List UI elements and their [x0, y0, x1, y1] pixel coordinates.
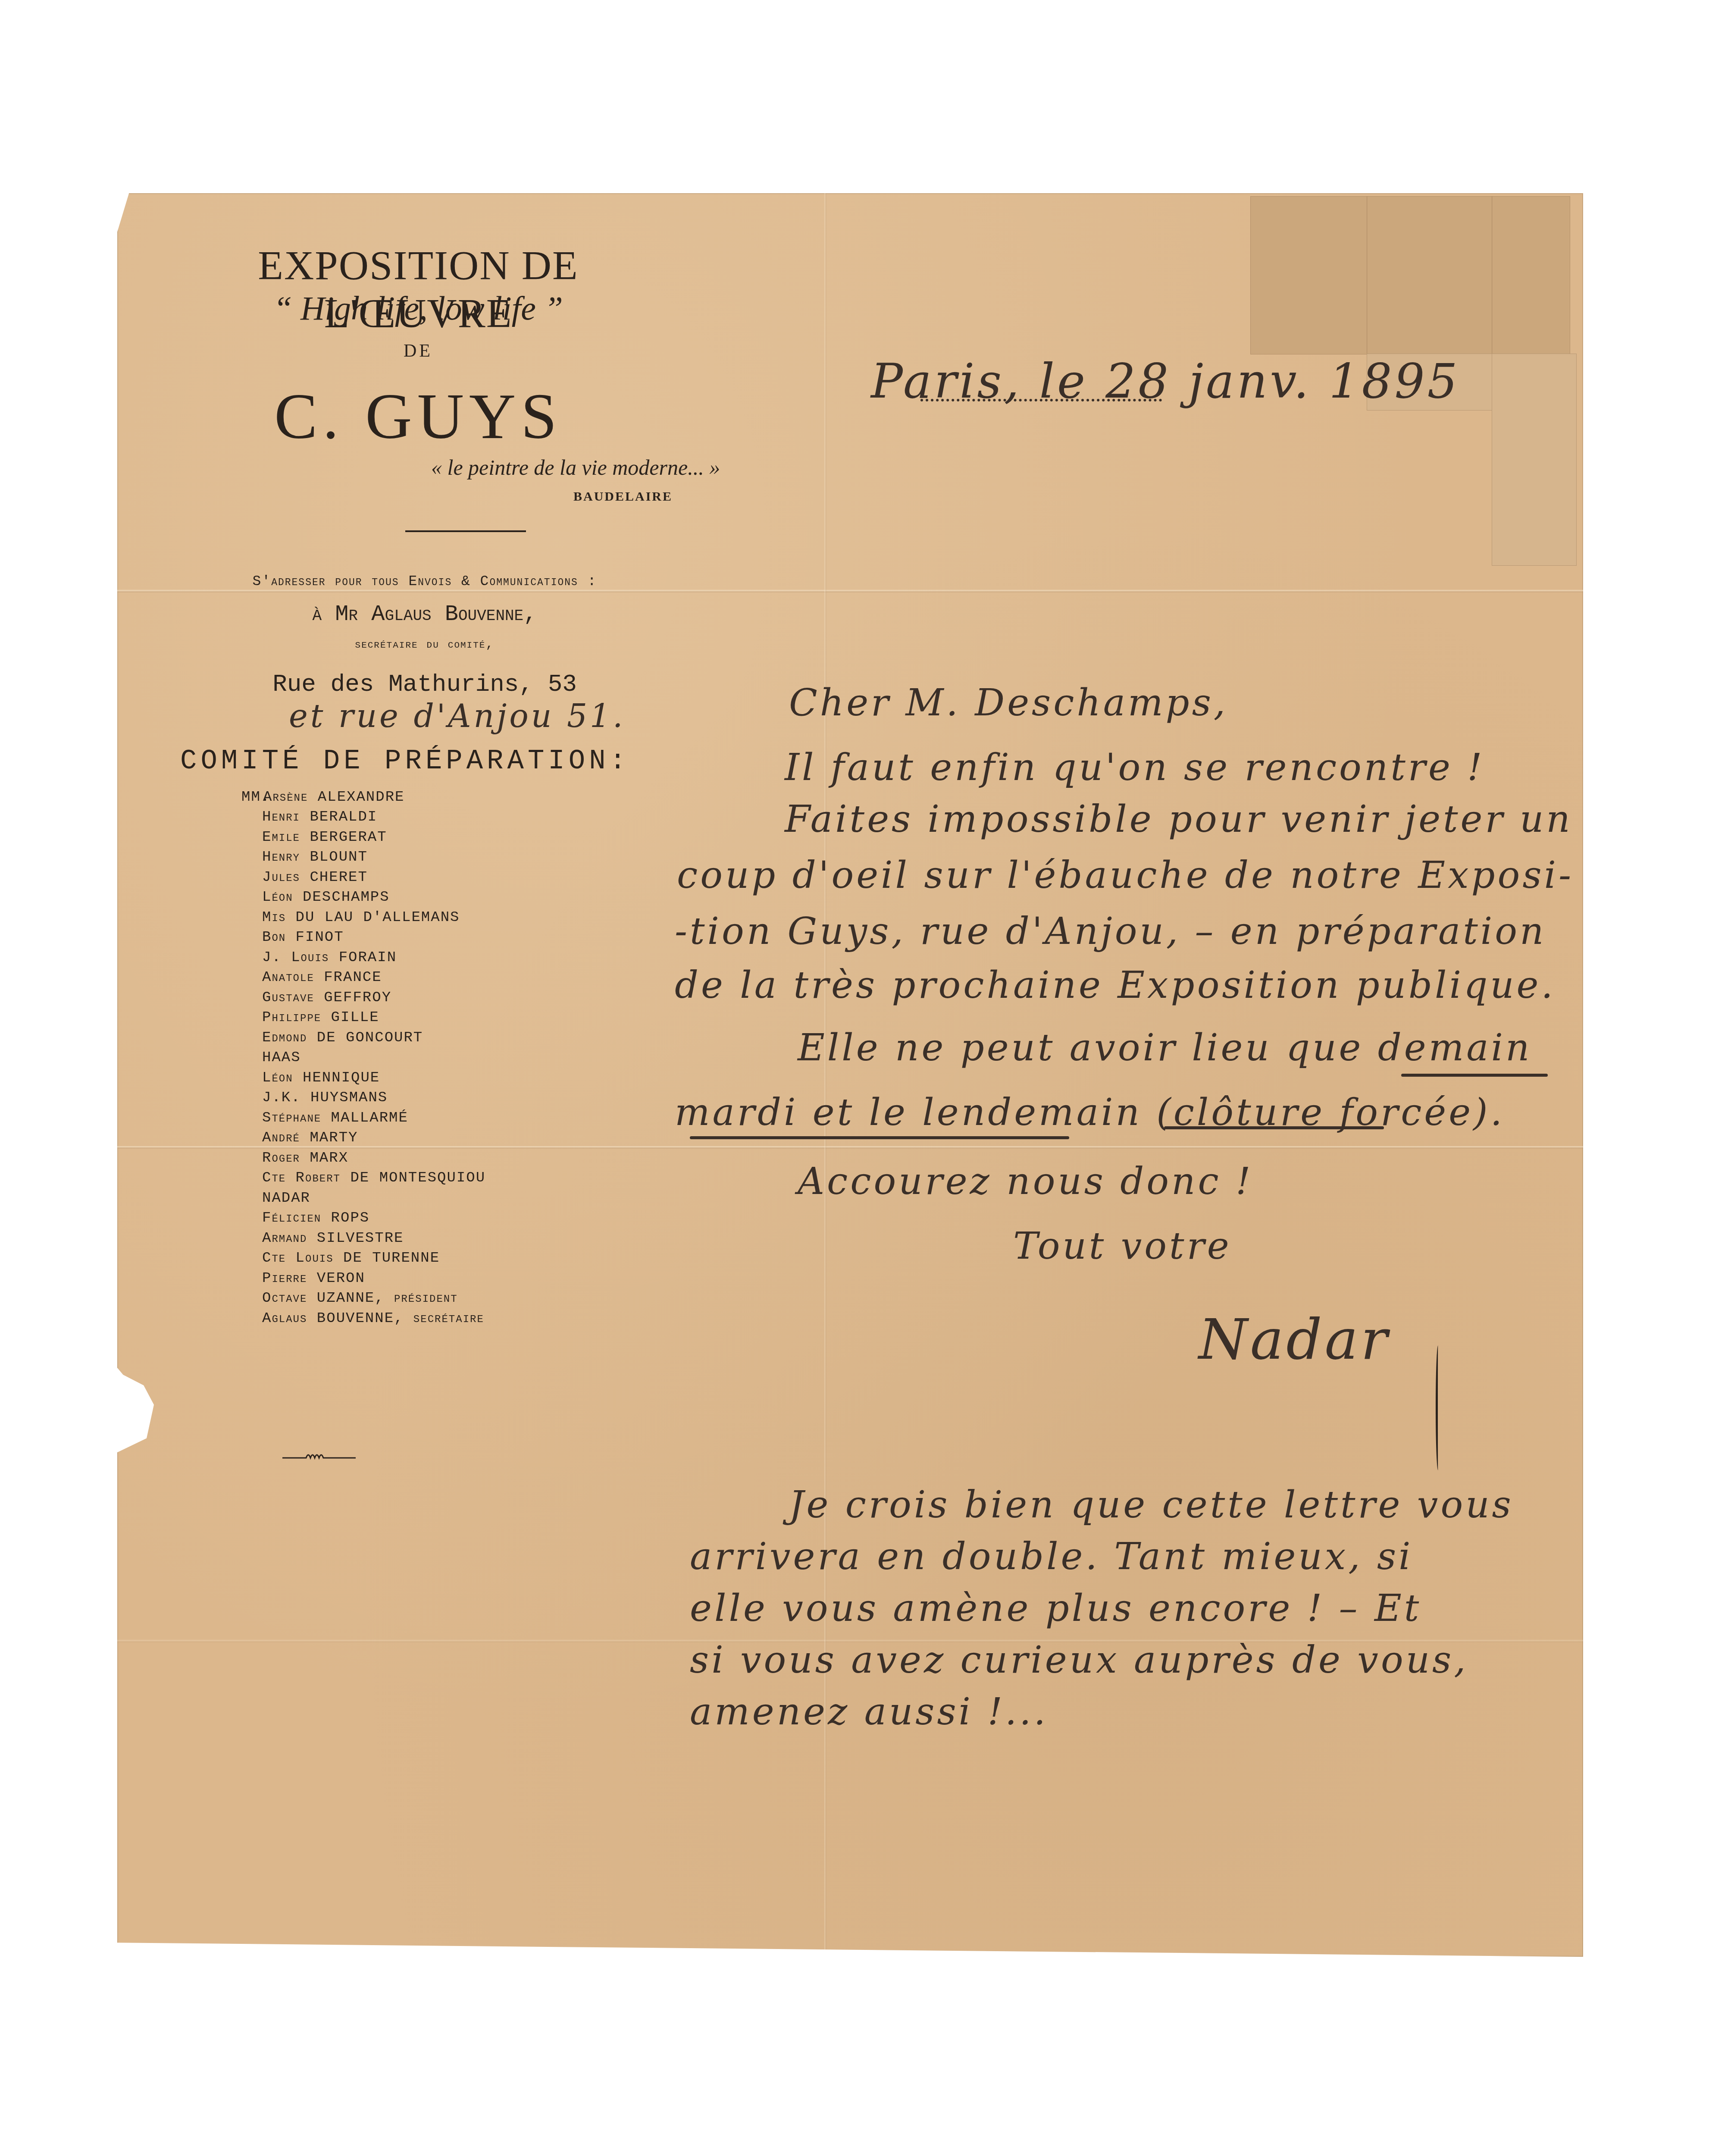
committee-member: Emile BERGERAT: [262, 829, 387, 846]
committee-member: Anatole FRANCE: [262, 969, 382, 986]
committee-member: Bon FINOT: [262, 929, 344, 946]
letter-line: Elle ne peut avoir lieu que demain: [798, 1026, 1532, 1069]
letter-line: de la très prochaine Exposition publique…: [675, 964, 1556, 1007]
handwritten-address-addition: et rue d'Anjou 51.: [289, 698, 626, 735]
postscript-line: si vous avez curieux auprès de vous,: [690, 1639, 1468, 1682]
signature-flourish-icon: [1436, 1345, 1440, 1470]
committee-member: Henri BERALDI: [262, 809, 377, 825]
committee-member: J.K. HUYSMANS: [262, 1090, 388, 1106]
letter-line: Faites impossible pour venir jeter un: [785, 798, 1573, 841]
committee-member: Philippe GILLE: [262, 1009, 379, 1026]
tape-piece-2: [1367, 196, 1493, 354]
tape-piece-1: [1250, 196, 1368, 354]
letter-line: -tion Guys, rue d'Anjou, – en préparatio…: [675, 910, 1546, 953]
underline-demain: [1401, 1074, 1548, 1077]
committee-member: André MARTY: [262, 1130, 358, 1146]
address-instruction: S'adresser pour tous Envois & Communicat…: [185, 573, 664, 589]
committee-member: Cte Robert DE MONTESQUIOU: [262, 1170, 485, 1186]
committee-member: Mis DU LAU D'ALLEMANS: [262, 909, 460, 926]
letterhead-connector: DE: [164, 341, 673, 361]
letterhead-quote: « le peintre de la vie moderne... »: [431, 455, 720, 480]
committee-member: J. Louis FORAIN: [262, 950, 397, 966]
committee-member: Léon HENNIQUE: [262, 1070, 380, 1086]
letter-line: Accourez nous donc !: [798, 1160, 1253, 1203]
postscript-line: Je crois bien que cette lettre vous: [789, 1483, 1514, 1526]
committee-member: Edmond DE GONCOURT: [262, 1030, 423, 1046]
postscript-line: elle vous amène plus encore ! – Et: [690, 1587, 1421, 1630]
fold-crease-middle: [117, 1146, 1583, 1149]
letter-closing: Tout votre: [1013, 1225, 1232, 1268]
committee-member: Armand SILVESTRE: [262, 1230, 404, 1247]
committee-member: Jules CHERET: [262, 869, 368, 886]
committee-member: Henry BLOUNT: [262, 849, 368, 865]
letter-line: Il faut enfin qu'on se rencontre !: [785, 746, 1485, 789]
fold-crease-top: [117, 590, 1583, 592]
committee-member: Léon DESCHAMPS: [262, 889, 390, 906]
quote-attribution: BAUDELAIRE: [573, 489, 673, 504]
letterhead-subtitle: “ High life, low life ”: [164, 289, 673, 328]
committee-member: Cte Louis DE TURENNE: [262, 1250, 440, 1266]
committee-member: Stéphane MALLARMÉ: [262, 1110, 408, 1126]
postscript-line: amenez aussi !...: [690, 1690, 1048, 1733]
underline-mardi-lendemain: [690, 1136, 1069, 1139]
tape-piece-5: [1492, 354, 1577, 566]
letterhead-artist: C. GUYS: [164, 379, 673, 454]
street-address: Rue des Mathurins, 53: [185, 671, 664, 698]
date-dotted-line: [920, 399, 1162, 401]
ornament-wave-icon: [282, 1451, 356, 1463]
committee-member: NADAR: [262, 1190, 310, 1206]
signature: Nadar: [1199, 1307, 1390, 1372]
tape-piece-3: [1492, 196, 1570, 354]
committee-member: Félicien ROPS: [262, 1210, 369, 1226]
committee-member: Gustave GEFFROY: [262, 990, 391, 1006]
ornament-divider-icon: [405, 530, 526, 532]
contact-name: à Mr Aglaus Bouvenne,: [185, 602, 664, 627]
committee-member: Roger MARX: [262, 1150, 348, 1166]
committee-member: HAAS: [262, 1050, 301, 1066]
letter-salutation: Cher M. Deschamps,: [789, 681, 1228, 724]
committee-title: COMITÉ DE PRÉPARATION:: [180, 746, 630, 777]
postscript-line: arrivera en double. Tant mieux, si: [690, 1535, 1413, 1578]
contact-role: secrétaire du comité,: [185, 637, 664, 652]
letter-line: coup d'oeil sur l'ébauche de notre Expos…: [677, 854, 1574, 897]
committee-member: Octave UZANNE, président: [262, 1290, 458, 1307]
committee-member: Arsène ALEXANDRE: [263, 789, 404, 805]
underline-cloture-forcee: [1164, 1126, 1384, 1129]
committee-member: Aglaus BOUVENNE, secrétaire: [262, 1310, 484, 1327]
committee-member: Pierre VERON: [262, 1270, 365, 1287]
